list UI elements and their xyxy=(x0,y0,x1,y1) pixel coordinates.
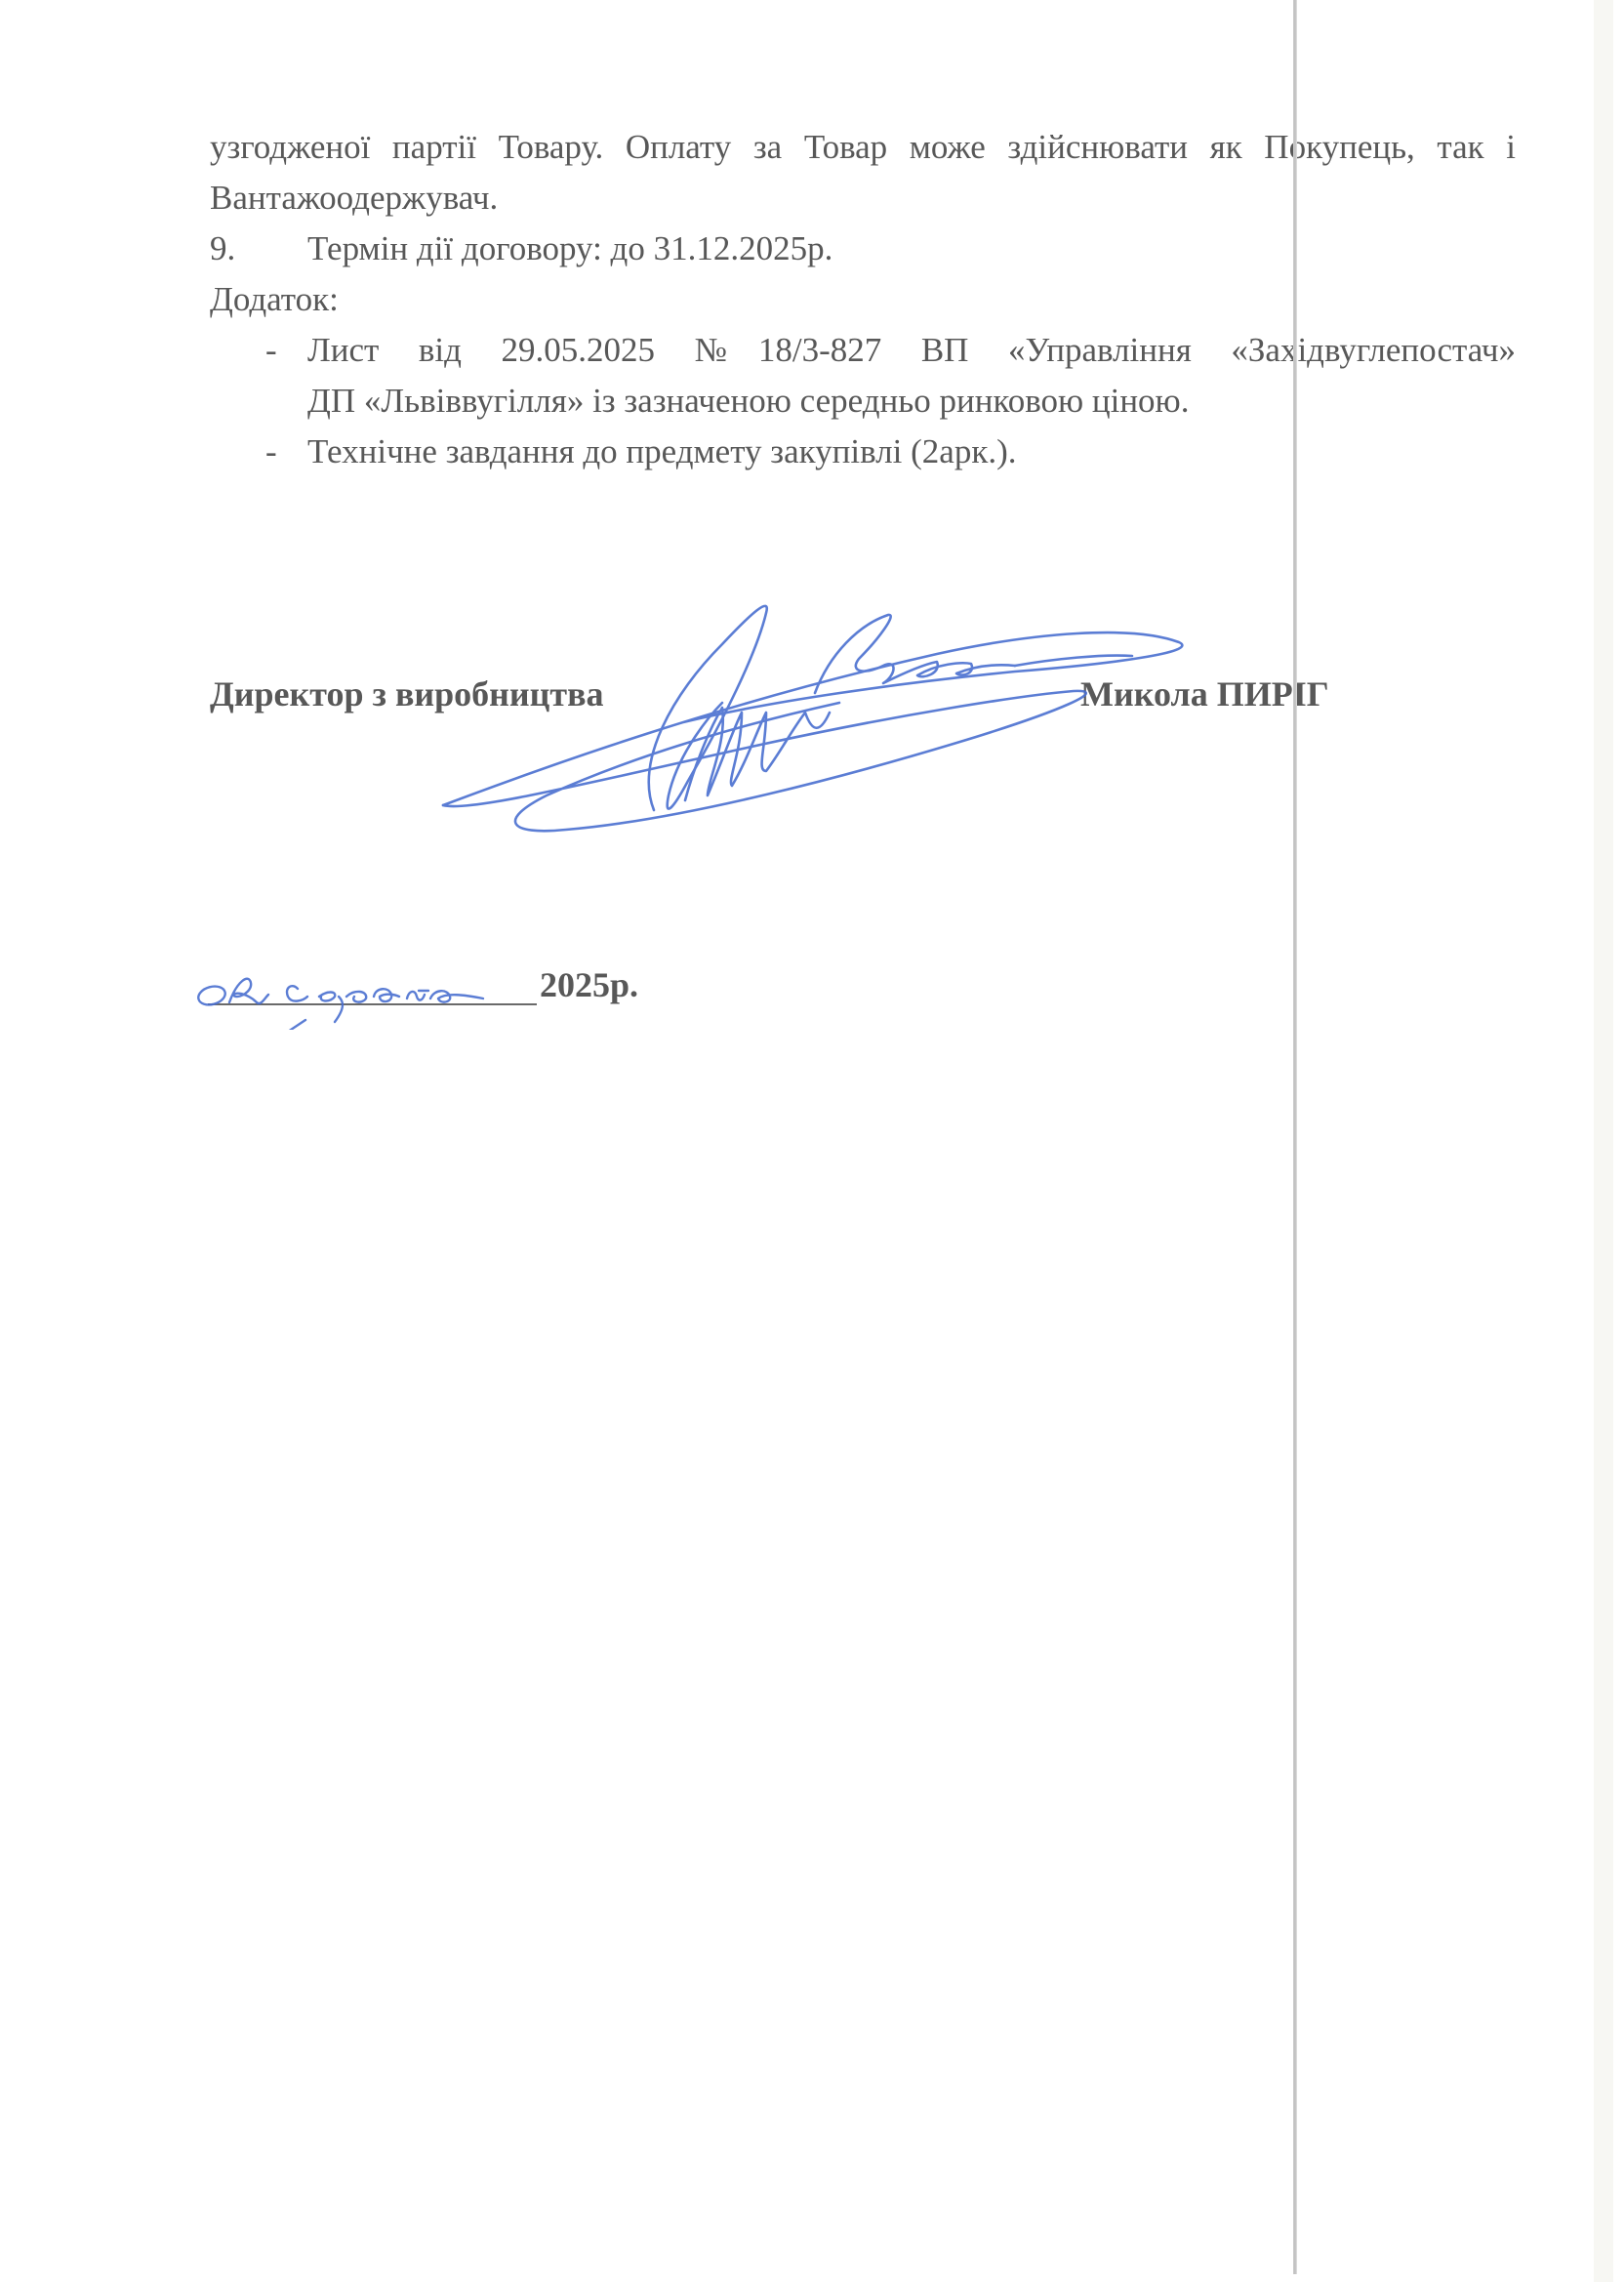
bullet-dash: - xyxy=(265,325,277,376)
paragraph-payment-line2: Вантажоодержувач. xyxy=(210,173,1516,224)
scan-artifact-line xyxy=(1293,0,1297,2274)
appendix-item-2-line1: Технічне завдання до предмету закупівлі … xyxy=(307,427,1516,477)
handwritten-signature xyxy=(429,586,1210,859)
clause-9: 9.Термін дії договору: до 31.12.2025р. xyxy=(210,224,1516,274)
paragraph-payment-line1: узгодженої партії Товару. Оплату за Това… xyxy=(210,122,1516,173)
clause-number: 9. xyxy=(210,224,307,274)
appendix-item-1-line2: ДП «Львіввугілля» із зазначеною середньо… xyxy=(307,376,1516,427)
appendix-item-1: - Лист від 29.05.2025 №18/3-827 ВП «Упра… xyxy=(210,325,1516,427)
appendix-item-1-line1: Лист від 29.05.2025 №18/3-827 ВП «Управл… xyxy=(307,325,1516,376)
bullet-dash: - xyxy=(265,427,277,477)
handwritten-date: 09 червня xyxy=(190,961,522,1030)
scan-edge-strip xyxy=(1594,0,1613,2282)
clause-text: Термін дії договору: до 31.12.2025р. xyxy=(307,229,832,267)
appendix-heading: Додаток: xyxy=(210,274,1516,325)
date-year: 2025р. xyxy=(540,964,638,1005)
